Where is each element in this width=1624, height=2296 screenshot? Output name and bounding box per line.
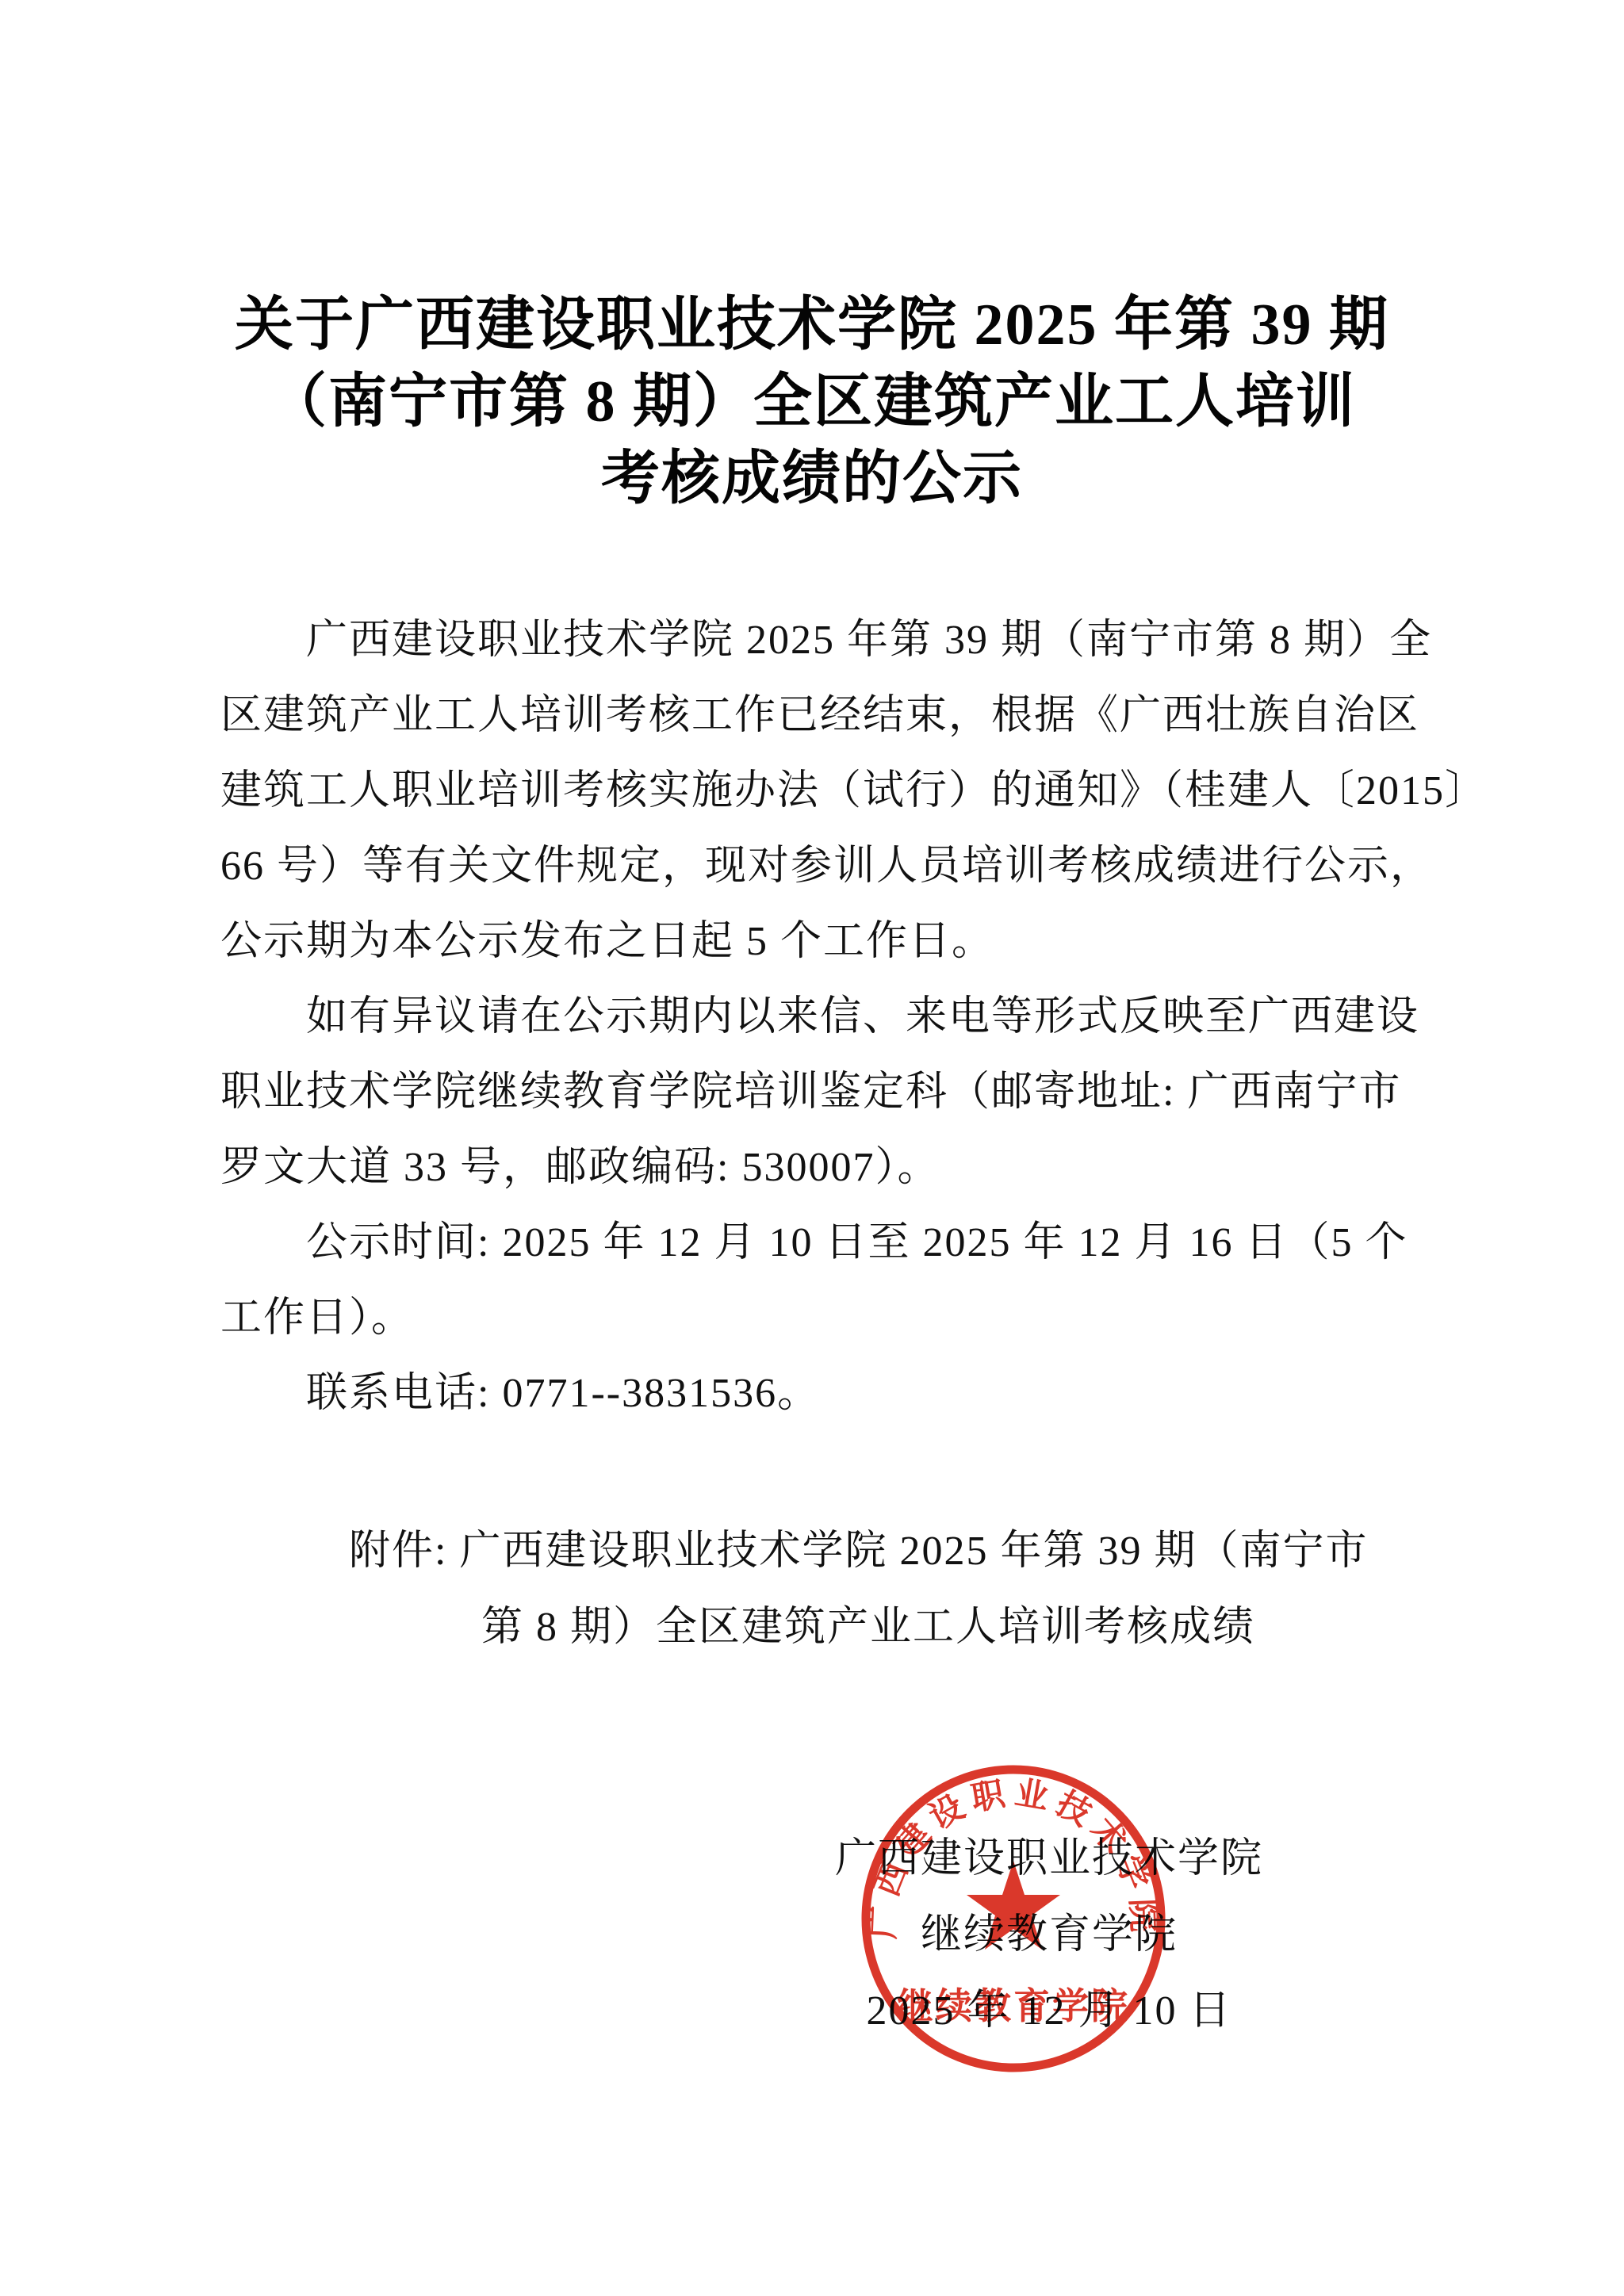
body-line: 公示时间: 2025 年 12 月 10 日至 2025 年 12 月 16 日… — [220, 1205, 1426, 1280]
official-seal: 广西建设职业技术学院 继续教育学院 — [856, 1763, 1170, 2074]
seal-star-icon — [967, 1861, 1060, 1950]
body-line: 工作日）。 — [220, 1280, 1426, 1356]
document-page: 关于广西建设职业技术学院 2025 年第 39 期 （南宁市第 8 期）全区建筑… — [0, 0, 1624, 2296]
body-line: 区建筑产业工人培训考核工作已经结束，根据《广西壮族自治区 — [220, 678, 1426, 753]
document-body: 广西建设职业技术学院 2025 年第 39 期（南宁市第 8 期）全 区建筑产业… — [220, 603, 1426, 1431]
body-line: 罗文大道 33 号，邮政编码: 530007）。 — [220, 1130, 1426, 1205]
title-line-3: 考核成绩的公示 — [95, 441, 1529, 518]
body-line: 如有异议请在公示期内以来信、来电等形式反映至广西建设 — [220, 979, 1426, 1054]
attachment-line-2: 第 8 期）全区建筑产业工人培训考核成绩 — [481, 1590, 1368, 1666]
attachment-note: 附件: 广西建设职业技术学院 2025 年第 39 期（南宁市 第 8 期）全区… — [349, 1513, 1368, 1666]
body-line: 广西建设职业技术学院 2025 年第 39 期（南宁市第 8 期）全 — [220, 603, 1426, 678]
title-line-1: 关于广西建设职业技术学院 2025 年第 39 期 — [95, 287, 1529, 364]
body-line: 联系电话: 0771--3831536。 — [220, 1356, 1426, 1431]
body-line: 66 号）等有关文件规定，现对参训人员培训考核成绩进行公示， — [220, 828, 1426, 904]
body-line: 职业技术学院继续教育学院培训鉴定科（邮寄地址: 广西南宁市 — [220, 1054, 1426, 1130]
attachment-line-1: 附件: 广西建设职业技术学院 2025 年第 39 期（南宁市 — [349, 1513, 1368, 1590]
seal-center-text: 继续教育学院 — [897, 1986, 1130, 2026]
document-title: 关于广西建设职业技术学院 2025 年第 39 期 （南宁市第 8 期）全区建筑… — [95, 287, 1529, 518]
body-line: 建筑工人职业培训考核实施办法（试行）的通知》（桂建人〔2015〕 — [220, 753, 1426, 828]
title-line-2: （南宁市第 8 期）全区建筑产业工人培训 — [95, 364, 1529, 441]
body-line: 公示期为本公示发布之日起 5 个工作日。 — [220, 904, 1426, 979]
